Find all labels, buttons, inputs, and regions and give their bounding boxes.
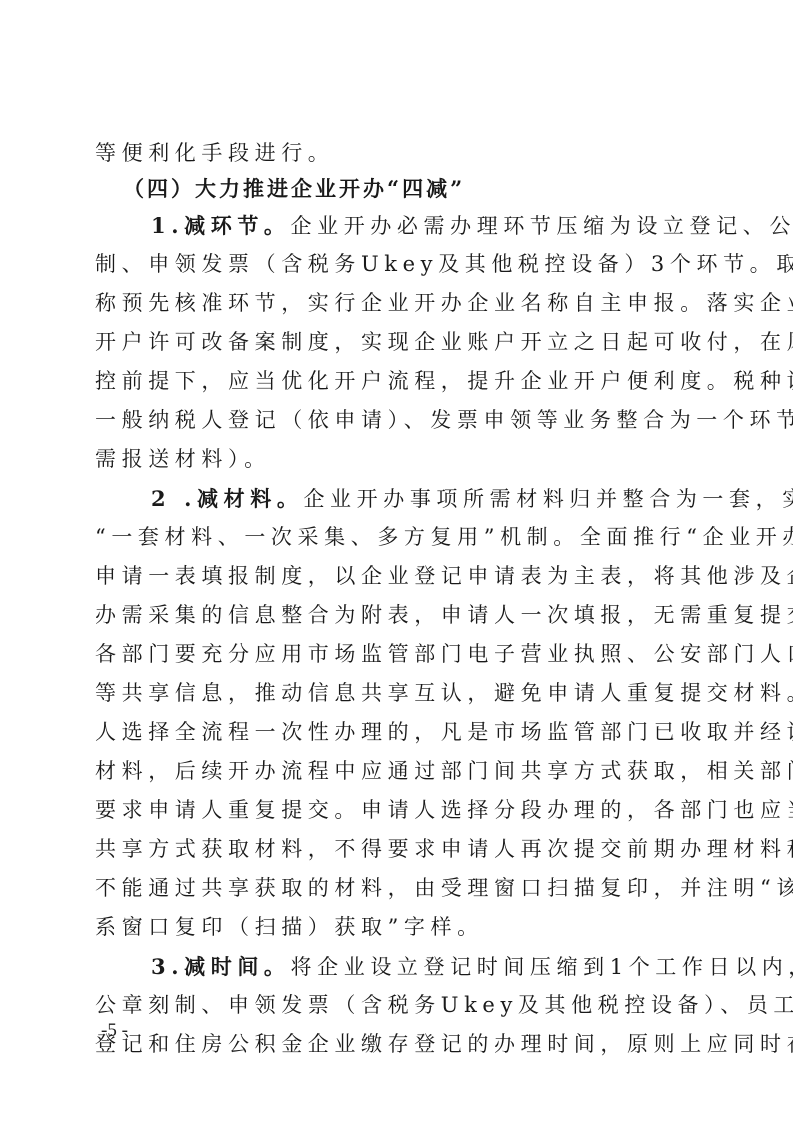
- paragraph-line: 申请一表填报制度，以企业登记申请表为主表，将其他涉及企业开: [95, 557, 707, 596]
- paragraph-continuation: 等便利化手段进行。: [95, 136, 707, 171]
- paragraph-line: 开户许可改备案制度，实现企业账户开立之日起可收付，在风险可: [95, 323, 707, 362]
- item-title: 2 .减材料。: [151, 486, 303, 511]
- section-heading: （四）大力推进企业开办“四减”: [95, 171, 707, 206]
- item-title: 3.减时间。: [151, 954, 291, 979]
- item-text: 企业开办必需办理环节压缩为设立登记、公章刻: [291, 214, 793, 238]
- paragraph-line: 一般纳税人登记（依申请）、发票申领等业务整合为一个环节（无: [95, 401, 707, 440]
- paragraph-line: 共享方式获取材料，不得要求申请人再次提交前期办理材料和信息。: [95, 830, 707, 869]
- page-number: -5 -: [101, 1020, 128, 1042]
- paragraph-line: “一套材料、一次采集、多方复用”机制。全面推行“企业开办”: [95, 518, 707, 557]
- paragraph-line: 称预先核准环节，实行企业开办企业名称自主申报。落实企业银行: [95, 284, 707, 323]
- paragraph-line: 公章刻制、申领发票（含税务Ukey及其他税控设备）、员工参保: [95, 986, 707, 1025]
- paragraph-line: 系窗口复印（扫描）获取”字样。: [95, 908, 707, 947]
- paragraph-line: 1.减环节。企业开办必需办理环节压缩为设立登记、公章刻: [95, 206, 707, 245]
- document-body: 等便利化手段进行。 （四）大力推进企业开办“四减” 1.减环节。企业开办必需办理…: [95, 136, 707, 1064]
- paragraph-line: 办需采集的信息整合为附表，申请人一次填报，无需重复提交材料。: [95, 596, 707, 635]
- item-text: 将企业设立登记时间压缩到1个工作日以内，: [291, 955, 793, 979]
- paragraph-line: 要求申请人重复提交。申请人选择分段办理的，各部门也应当通过: [95, 791, 707, 830]
- paragraph-line: 等共享信息，推动信息共享互认，避免申请人重复提交材料。申请: [95, 674, 707, 713]
- paragraph-line: 不能通过共享获取的材料，由受理窗口扫描复印，并注明“该材料: [95, 869, 707, 908]
- paragraph-line: 材料，后续开办流程中应通过部门间共享方式获取，相关部门不得: [95, 752, 707, 791]
- item-text: 企业开办事项所需材料归并整合为一套，实行: [303, 487, 793, 511]
- item-title: 1.减环节。: [151, 213, 291, 238]
- paragraph-line: 人选择全流程一次性办理的，凡是市场监管部门已收取并经认证的: [95, 713, 707, 752]
- paragraph-line: 控前提下，应当优化开户流程，提升企业开户便利度。税种认定、: [95, 362, 707, 401]
- paragraph-line: 登记和住房公积金企业缴存登记的办理时间，原则上应同时在设立: [95, 1025, 707, 1064]
- paragraph-line: 2 .减材料。企业开办事项所需材料归并整合为一套，实行: [95, 479, 707, 518]
- paragraph-line: 3.减时间。将企业设立登记时间压缩到1个工作日以内，: [95, 947, 707, 986]
- paragraph-line: 制、申领发票（含税务Ukey及其他税控设备）3个环节。取消名: [95, 245, 707, 284]
- paragraph-line: 各部门要充分应用市场监管部门电子营业执照、公安部门人口信息: [95, 635, 707, 674]
- paragraph-line: 需报送材料）。: [95, 440, 707, 479]
